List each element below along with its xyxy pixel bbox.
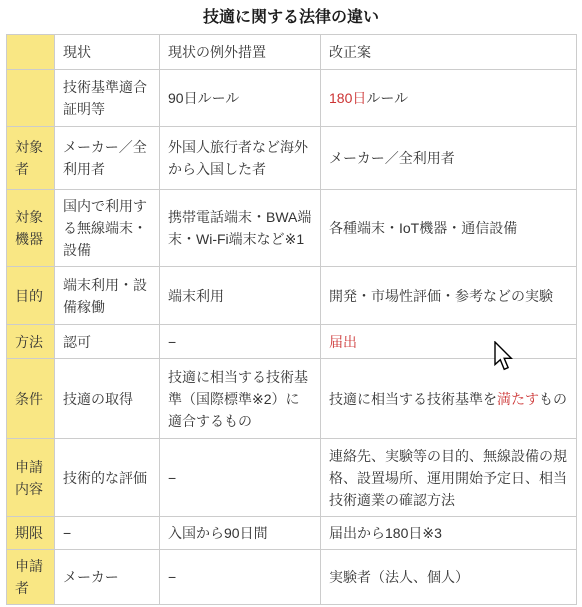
table-cell: メーカー／全利用者 (321, 127, 577, 190)
cell-text: 外国人旅行者など海外から入国した者 (168, 139, 308, 177)
table-cell: メーカー／全利用者 (55, 127, 160, 190)
table-cell: 実験者（法人、個人） (321, 550, 577, 605)
table-cell: 携帯電話端末・BWA端末・Wi-Fi端末など※1 (160, 190, 321, 267)
cell-text: メーカー／全利用者 (329, 150, 455, 166)
table-row: 対象者メーカー／全利用者外国人旅行者など海外から入国した者メーカー／全利用者 (7, 127, 577, 190)
column-header: 現状 (55, 35, 160, 70)
cell-text: 届出から180日※3 (329, 525, 442, 541)
row-header (7, 70, 55, 127)
table-cell: 認可 (55, 325, 160, 359)
table-row: 申請者メーカー−実験者（法人、個人） (7, 550, 577, 605)
column-header: 改正案 (321, 35, 577, 70)
table-cell: メーカー (55, 550, 160, 605)
cell-text: 実験者（法人、個人） (329, 569, 469, 585)
highlighted-text: 満たす (497, 391, 539, 407)
table-cell: 技適の取得 (55, 359, 160, 439)
cell-text: 端末利用 (168, 288, 224, 304)
row-header: 申請内容 (7, 439, 55, 517)
row-header: 対象機器 (7, 190, 55, 267)
cell-text: 開発・市場性評価・参考などの実験 (329, 288, 553, 304)
table-cell: 端末利用 (160, 267, 321, 325)
table-cell: 外国人旅行者など海外から入国した者 (160, 127, 321, 190)
cell-text: 各種端末・IoT機器・通信設備 (329, 220, 517, 236)
cell-text: − (168, 470, 176, 486)
page: 技適に関する法律の違い 現状現状の例外措置改正案 技術基準適合証明等90日ルール… (0, 9, 582, 605)
row-header: 目的 (7, 267, 55, 325)
cell-text: − (168, 334, 176, 350)
cell-text: 技適の取得 (63, 391, 133, 407)
table-cell: 連絡先、実験等の目的、無線設備の規格、設置場所、運用開始予定日、相当技術適業の確… (321, 439, 577, 517)
row-header: 対象者 (7, 127, 55, 190)
table-cell: − (160, 325, 321, 359)
cell-text: メーカー (63, 569, 119, 585)
row-header: 申請者 (7, 550, 55, 605)
table-cell: 90日ルール (160, 70, 321, 127)
highlighted-text: 届出 (329, 334, 357, 350)
cell-text: 入国から90日間 (168, 525, 268, 541)
cell-text: メーカー／全利用者 (63, 139, 147, 177)
table-cell: 届出から180日※3 (321, 517, 577, 550)
highlighted-text: 180日 (329, 90, 366, 106)
table-cell: − (55, 517, 160, 550)
table-cell: 180日ルール (321, 70, 577, 127)
table-row: 目的端末利用・設備稼働端末利用開発・市場性評価・参考などの実験 (7, 267, 577, 325)
cell-text: 技術的な評価 (63, 470, 147, 486)
cell-text: − (168, 569, 176, 585)
cell-text: 技適に相当する技術基準を (329, 391, 497, 407)
cell-text: 90日ルール (168, 90, 239, 106)
cell-text: ルール (366, 90, 408, 106)
table-cell: 開発・市場性評価・参考などの実験 (321, 267, 577, 325)
table-cell: 技適に相当する技術基準を満たすもの (321, 359, 577, 439)
comparison-table: 現状現状の例外措置改正案 技術基準適合証明等90日ルール180日ルール対象者メー… (6, 34, 577, 605)
page-title: 技適に関する法律の違い (6, 9, 576, 27)
table-cell: 届出 (321, 325, 577, 359)
cell-text: 技術基準適合証明等 (63, 79, 147, 117)
table-row: 申請内容技術的な評価−連絡先、実験等の目的、無線設備の規格、設置場所、運用開始予… (7, 439, 577, 517)
cell-text: 連絡先、実験等の目的、無線設備の規格、設置場所、運用開始予定日、相当技術適業の確… (329, 448, 567, 508)
table-row: 技術基準適合証明等90日ルール180日ルール (7, 70, 577, 127)
corner-cell (7, 35, 55, 70)
table-body: 技術基準適合証明等90日ルール180日ルール対象者メーカー／全利用者外国人旅行者… (7, 70, 577, 605)
cell-text: 認可 (63, 334, 91, 350)
cell-text: 国内で利用する無線端末・設備 (63, 198, 147, 258)
table-cell: 技術的な評価 (55, 439, 160, 517)
row-header: 条件 (7, 359, 55, 439)
cell-text: 携帯電話端末・BWA端末・Wi-Fi端末など※1 (168, 209, 311, 247)
cell-text: もの (539, 391, 567, 407)
table-cell: 入国から90日間 (160, 517, 321, 550)
table-header: 現状現状の例外措置改正案 (7, 35, 577, 70)
table-row: 対象機器国内で利用する無線端末・設備携帯電話端末・BWA端末・Wi-Fi端末など… (7, 190, 577, 267)
table-cell: 端末利用・設備稼働 (55, 267, 160, 325)
cell-text: − (63, 525, 71, 541)
header-row: 現状現状の例外措置改正案 (7, 35, 577, 70)
row-header: 方法 (7, 325, 55, 359)
table-row: 期限−入国から90日間届出から180日※3 (7, 517, 577, 550)
table-cell: 技術基準適合証明等 (55, 70, 160, 127)
table-cell: 各種端末・IoT機器・通信設備 (321, 190, 577, 267)
table-cell: 国内で利用する無線端末・設備 (55, 190, 160, 267)
table-row: 条件技適の取得技適に相当する技術基準（国際標準※2）に適合するもの技適に相当する… (7, 359, 577, 439)
column-header: 現状の例外措置 (160, 35, 321, 70)
table-cell: − (160, 550, 321, 605)
table-row: 方法認可−届出 (7, 325, 577, 359)
row-header: 期限 (7, 517, 55, 550)
cell-text: 端末利用・設備稼働 (63, 277, 147, 315)
cell-text: 技適に相当する技術基準（国際標準※2）に適合するもの (168, 369, 308, 429)
table-cell: 技適に相当する技術基準（国際標準※2）に適合するもの (160, 359, 321, 439)
table-cell: − (160, 439, 321, 517)
